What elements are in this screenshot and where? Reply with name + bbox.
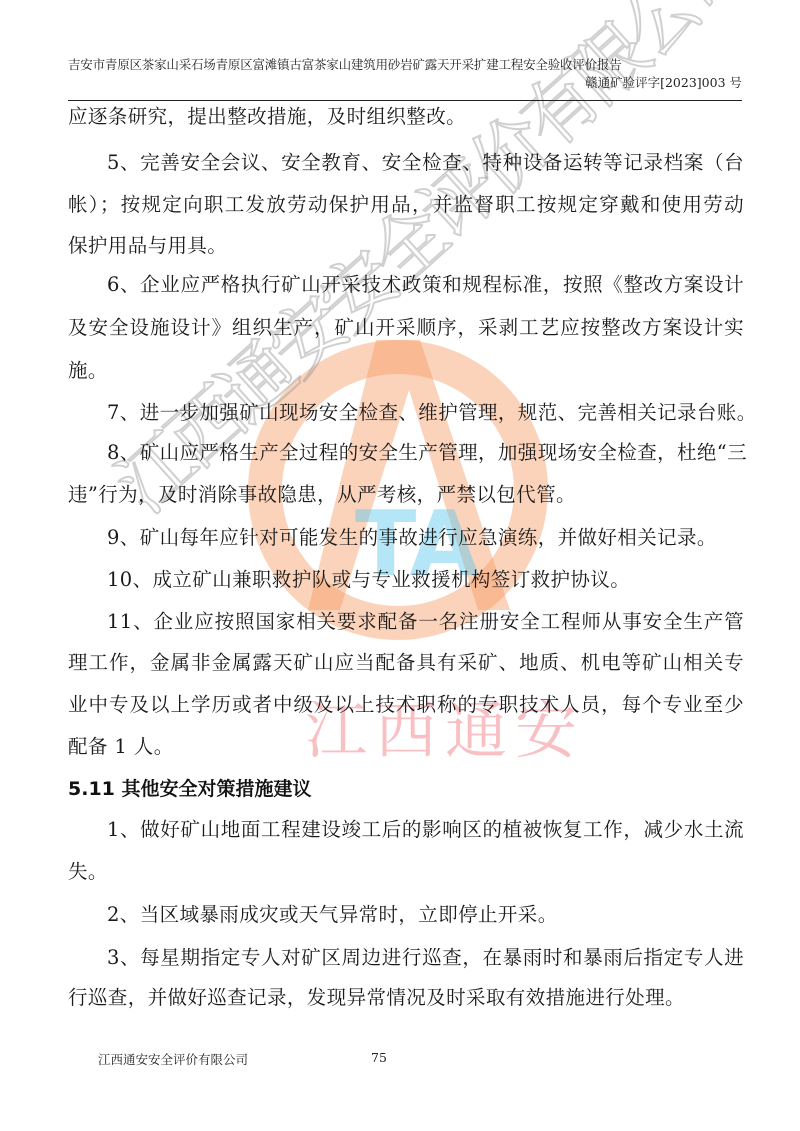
paragraph-line: 及安全设施设计》组织生产，矿山开采顺序，采剥工艺应按整改方案设计实 [68, 316, 744, 340]
paragraph-line: 理工作，金属非金属露天矿山应当配备具有采矿、地质、机电等矿山相关专 [68, 651, 744, 675]
paragraph-line: 9、矿山每年应针对可能发生的事故进行应急演练，并做好相关记录。 [107, 526, 717, 550]
paragraph-line: 应逐条研究，提出整改措施，及时组织整改。 [68, 105, 466, 129]
paragraph-line: 3、每星期指定专人对矿区周边进行巡查，在暴雨时和暴雨后指定专人进 [107, 946, 744, 970]
document-page: TA 江西通安 江西通安安全评价有限公司 吉安市青原区茶家山采石场青原区富滩镇古… [0, 0, 800, 1131]
paragraph-line: 业中专及以上学历或者中级及以上技术职称的专职技术人员，每个专业至少 [68, 693, 744, 717]
paragraph-line: 1、做好矿山地面工程建设竣工后的影响区的植被恢复工作，减少水土流 [107, 818, 744, 842]
report-code: 赣通矿验评字[2023]003 号 [68, 74, 742, 92]
header-divider [68, 100, 742, 101]
paragraph-line: 11、企业应按照国家相关要求配备一名注册安全工程师从事安全生产管 [107, 610, 744, 634]
footer-company: 江西通安安全评价有限公司 [98, 1050, 248, 1068]
paragraph-line: 行巡查，并做好巡查记录，发现异常情况及时采取有效措施进行处理。 [68, 986, 685, 1010]
page-header: 吉安市青原区茶家山采石场青原区富滩镇古富茶家山建筑用砂岩矿露天开采扩建工程安全验… [68, 56, 742, 92]
report-title: 吉安市青原区茶家山采石场青原区富滩镇古富茶家山建筑用砂岩矿露天开采扩建工程安全验… [68, 56, 742, 74]
paragraph-line: 失。 [68, 860, 108, 884]
paragraph-line: 8、矿山应严格生产全过程的安全生产管理，加强现场安全检查，杜绝“三 [107, 441, 744, 465]
paragraph-line: 配备 1 人。 [68, 735, 174, 759]
paragraph-line: 违”行为，及时消除事故隐患，从严考核，严禁以包代管。 [68, 483, 576, 507]
paragraph-line: 7、进一步加强矿山现场安全检查、维护管理，规范、完善相关记录台账。 [107, 401, 744, 425]
section-heading: 5.11 其他安全对策措施建议 [68, 777, 312, 801]
paragraph-line: 施。 [68, 359, 108, 383]
paragraph-line: 帐）；按规定向职工发放劳动保护用品，并监督职工按规定穿戴和使用劳动 [68, 193, 744, 217]
page-number: 75 [371, 1050, 387, 1065]
paragraph-line: 6、企业应严格执行矿山开采技术政策和规程标准，按照《整改方案设计 [107, 273, 744, 297]
paragraph-line: 2、当区域暴雨成灾或天气异常时，立即停止开采。 [107, 903, 558, 927]
paragraph-line: 5、完善安全会议、安全教育、安全检查、特种设备运转等记录档案（台 [107, 151, 744, 175]
paragraph-line: 保护用品与用具。 [68, 234, 227, 258]
paragraph-line: 10、成立矿山兼职救护队或与专业救援机构签订救护协议。 [107, 568, 630, 592]
